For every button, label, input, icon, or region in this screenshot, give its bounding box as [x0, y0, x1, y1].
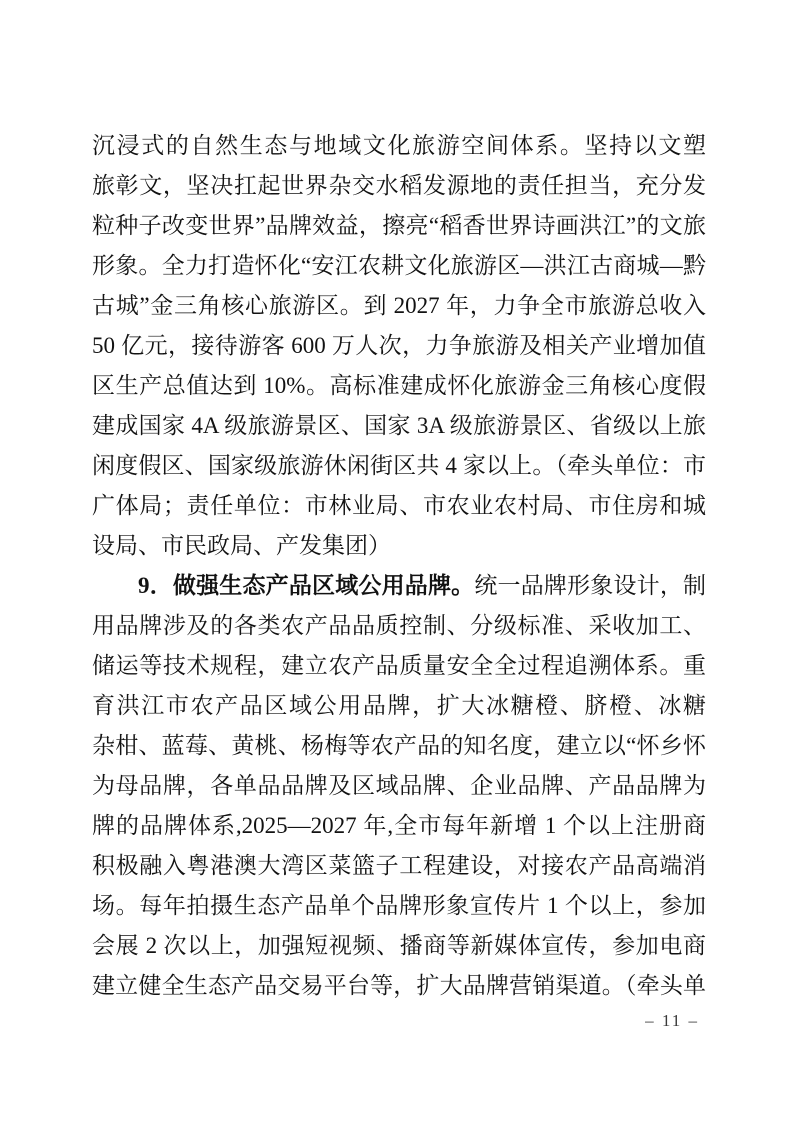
text-line: 会展 2 次以上，加强短视频、播商等新媒体宣传，参加电商节庆，	[92, 926, 706, 966]
text-line: 牌的品牌体系,2025—2027 年,全市每年新增 1 个以上注册商标。	[92, 806, 706, 846]
text-line: 古城”金三角核心旅游区。到 2027 年，力争全市旅游总收入达到	[92, 286, 706, 326]
section-9-heading: 9．做强生态产品区域公用品牌。	[138, 573, 474, 598]
text-line: 为母品牌，各单品品牌及区域品牌、企业品牌、产品品牌为子品	[92, 766, 706, 806]
text-line: 储运等技术规程，建立农产品质量安全全过程追溯体系。重点培	[92, 646, 706, 686]
text-line: 场。每年拍摄生态产品单个品牌形象宣传片 1 个以上，参加各类	[92, 886, 706, 926]
text-line: 区生产总值达到 10%。高标准建成怀化旅游金三角核心度假区，	[92, 366, 706, 406]
text-line: 建成国家 4A 级旅游景区、国家 3A 级旅游景区、省级以上旅游休	[92, 406, 706, 446]
text-line: 形象。全力打造怀化“安江农耕文化旅游区—洪江古商城—黔阳	[92, 246, 706, 286]
text-line: 用品牌涉及的各类农产品品质控制、分级标准、采收加工、包装	[92, 606, 706, 646]
text-line: 积极融入粤港澳大湾区菜篮子工程建设，对接农产品高端消费市	[92, 846, 706, 886]
text-line: 旅彰文，坚决扛起世界杂交水稻发源地的责任担当，充分发挥“一	[92, 166, 706, 206]
text-line: 建立健全生态产品交易平台等，扩大品牌营销渠道。（牵头单位：	[92, 966, 706, 1006]
page-number: – 11 –	[645, 1010, 699, 1032]
text-line: 粒种子改变世界”品牌效益，擦亮“稻香世界诗画洪江”的文旅	[92, 206, 706, 246]
text-line-paragraph-end: 设局、市民政局、产发集团）	[92, 526, 706, 566]
text-line: 杂柑、蓝莓、黄桃、杨梅等农产品的知名度，建立以“怀乡怀品”	[92, 726, 706, 766]
text-line: 广体局；责任单位：市林业局、市农业农村局、市住房和城乡建	[92, 486, 706, 526]
text-line: 闲度假区、国家级旅游休闲街区共 4 家以上。（牵头单位：市文旅	[92, 446, 706, 486]
document-page: 沉浸式的自然生态与地域文化旅游空间体系。坚持以文塑旅、以 旅彰文，坚决扛起世界杂…	[0, 0, 793, 1122]
text-line: 沉浸式的自然生态与地域文化旅游空间体系。坚持以文塑旅、以	[92, 126, 706, 166]
text-line-section-start: 9．做强生态产品区域公用品牌。统一品牌形象设计，制定公	[92, 566, 706, 606]
text-line: 育洪江市农产品区域公用品牌，扩大冰糖橙、脐橙、冰糖柚、	[92, 686, 706, 726]
text-line: 50 亿元，接待游客 600 万人次，力争旅游及相关产业增加值占地	[92, 326, 706, 366]
document-text-block: 沉浸式的自然生态与地域文化旅游空间体系。坚持以文塑旅、以 旅彰文，坚决扛起世界杂…	[92, 126, 706, 1006]
